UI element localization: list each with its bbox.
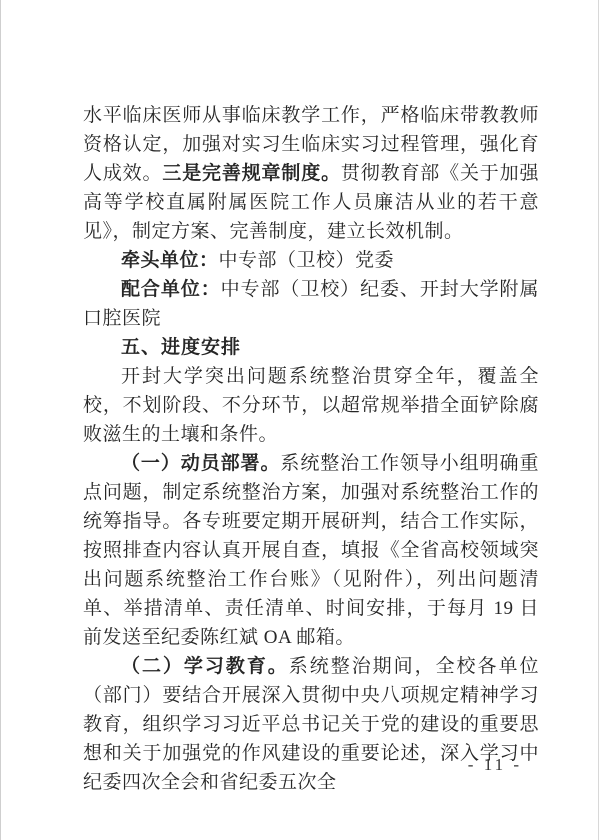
- bold-phrase-study-education: （二）学习教育。: [121, 656, 289, 677]
- bold-phrase-improve-rules: 三是完善规章制度。: [162, 163, 341, 184]
- paragraph-regulations: 水平临床医师从事临床教学工作，严格临床带教教师资格认定，加强对实习生临床实习过程…: [83, 101, 539, 246]
- document-body: 水平临床医师从事临床教学工作，严格临床带教教师资格认定，加强对实习生临床实习过程…: [83, 101, 539, 797]
- paragraph-mobilization: （一）动员部署。系统整治工作领导小组明确重点问题，制定系统整治方案，加强对系统整…: [83, 449, 539, 652]
- bold-phrase-mobilization: （一）动员部署。: [121, 453, 280, 474]
- paragraph-support-unit: 配合单位：中专部（卫校）纪委、开封大学附属口腔医院: [83, 275, 539, 333]
- paragraph-study-education: （二）学习教育。系统整治期间，全校各单位（部门）要结合开展深入贯彻中央八项规定精…: [83, 652, 539, 797]
- paragraph-lead-unit: 牵头单位：中专部（卫校）党委: [83, 246, 539, 275]
- section-heading-schedule: 五、进度安排: [83, 333, 539, 362]
- paragraph-overview: 开封大学突出问题系统整治贯穿全年，覆盖全校，不划阶段、不分环节，以超常规举措全面…: [83, 362, 539, 449]
- document-page: 水平临床医师从事临床教学工作，严格临床带教教师资格认定，加强对实习生临床实习过程…: [0, 0, 599, 840]
- support-unit-label: 配合单位：: [121, 279, 221, 300]
- lead-unit-value: 中专部（卫校）党委: [219, 250, 395, 271]
- lead-unit-label: 牵头单位：: [121, 250, 219, 271]
- page-number: - 11 -: [468, 755, 522, 775]
- paragraph-text: 系统整治工作领导小组明确重点问题，制定系统整治方案，加强对系统整治工作的统筹指导…: [83, 453, 539, 648]
- paragraph-text: 开封大学突出问题系统整治贯穿全年，覆盖全校，不划阶段、不分环节，以超常规举措全面…: [83, 366, 539, 445]
